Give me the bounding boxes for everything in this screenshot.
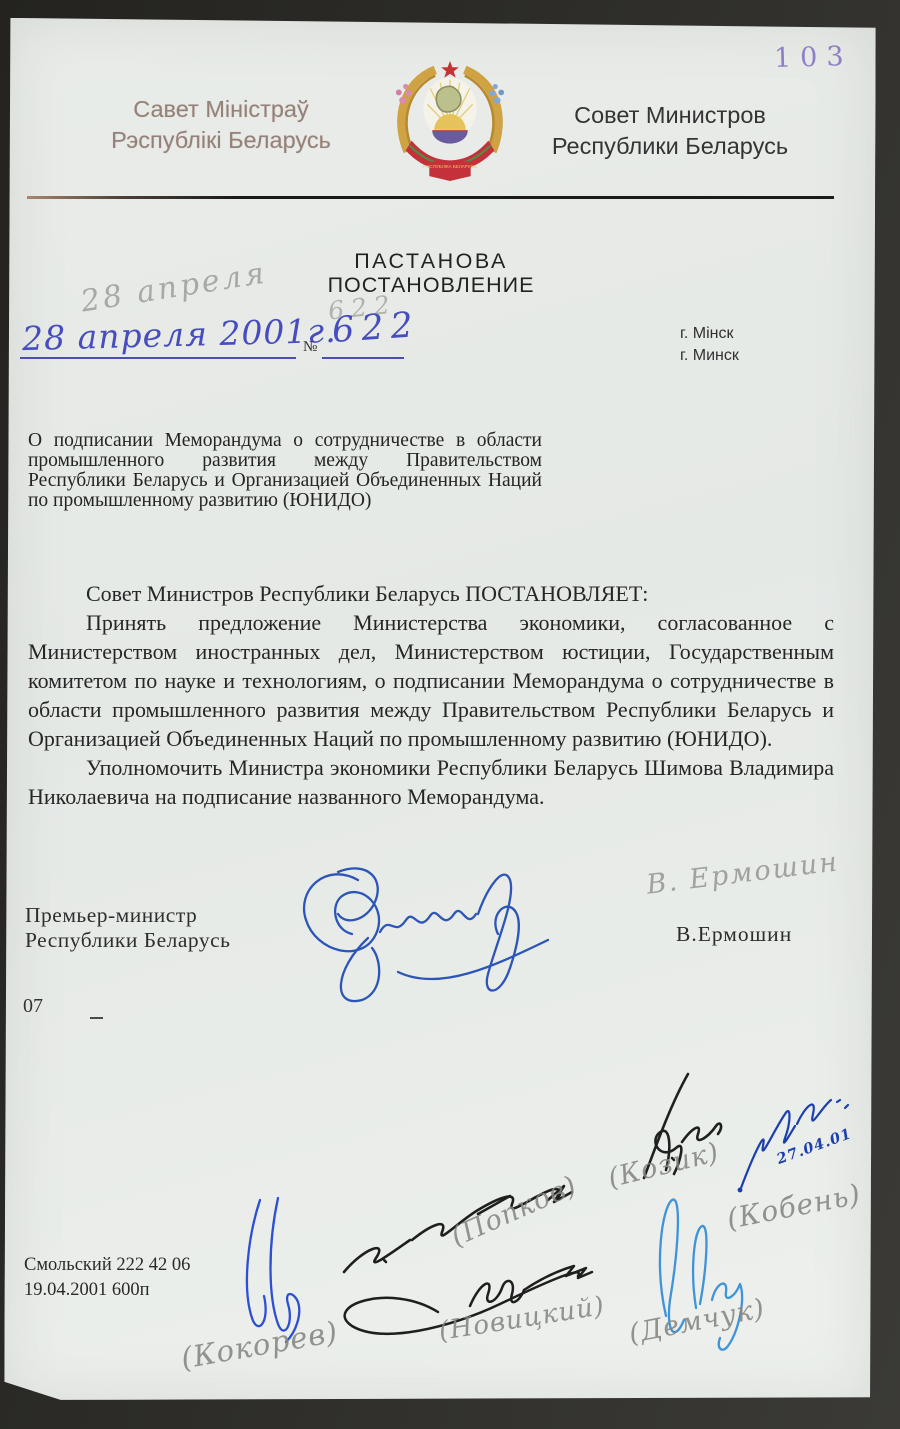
number-underline <box>322 357 404 359</box>
place-block: г. Мінск г. Минск <box>680 323 739 367</box>
margin-dash <box>90 1017 103 1019</box>
header-left-line2: Рэспублікі Беларусь <box>76 125 366 156</box>
coat-of-arms-icon: РЭСПУБЛІКА БЕЛАРУСЬ <box>386 57 514 183</box>
place-line-belarusian: г. Мінск <box>680 323 739 345</box>
scanned-document-page: 103 Савет Міністраў Рэспублікі Беларусь … <box>0 0 900 1429</box>
red-star-icon <box>441 61 459 78</box>
header-title-belarusian: Савет Міністраў Рэспублікі Беларусь <box>76 94 366 156</box>
footer-print-line: 19.04.2001 600п <box>24 1278 190 1303</box>
footer-contact-block: Смольский 222 42 06 19.04.2001 600п <box>24 1253 190 1303</box>
signer-position: Премьер-министр Республики Беларусь <box>25 903 230 952</box>
doc-title-belarusian: ПАСТАНОВА <box>28 249 834 274</box>
header-divider <box>27 196 834 199</box>
place-line-russian: г. Минск <box>680 345 739 367</box>
margin-code: 07 <box>23 995 43 1018</box>
emblem-banner-text: РЭСПУБЛІКА БЕЛАРУСЬ <box>423 164 477 169</box>
handwritten-date: 28 апреля 2001г. <box>22 311 337 358</box>
signature-prime-minister <box>280 852 555 1010</box>
header-title-russian: Совет Министров Республики Беларусь <box>524 100 816 162</box>
footer-contact-line: Смольский 222 42 06 <box>24 1253 190 1278</box>
number-sign: № <box>303 339 317 356</box>
signer-typed-name: В.Ермошин <box>676 922 792 947</box>
signer-position-line1: Премьер-министр <box>25 903 230 928</box>
body-paragraph-2: Уполномочить Министра экономики Республи… <box>28 753 834 811</box>
body-text: Совет Министров Республики Беларусь ПОСТ… <box>28 579 834 811</box>
signer-position-line2: Республики Беларусь <box>25 928 230 953</box>
subject-heading: О подписании Меморандума о сотрудничеств… <box>28 431 542 511</box>
handwritten-number: 622 <box>331 305 421 351</box>
date-underline <box>20 357 296 359</box>
body-paragraph-1: Принять предложение Министерства экономи… <box>28 608 834 753</box>
header-right-line2: Республики Беларусь <box>524 131 816 162</box>
header-right-line1: Совет Министров <box>524 100 816 131</box>
page-number-stamp: 103 <box>774 41 853 74</box>
signature-kokorev <box>224 1192 312 1342</box>
body-opening: Совет Министров Республики Беларусь ПОСТ… <box>28 579 834 608</box>
header-left-line1: Савет Міністраў <box>76 94 366 125</box>
